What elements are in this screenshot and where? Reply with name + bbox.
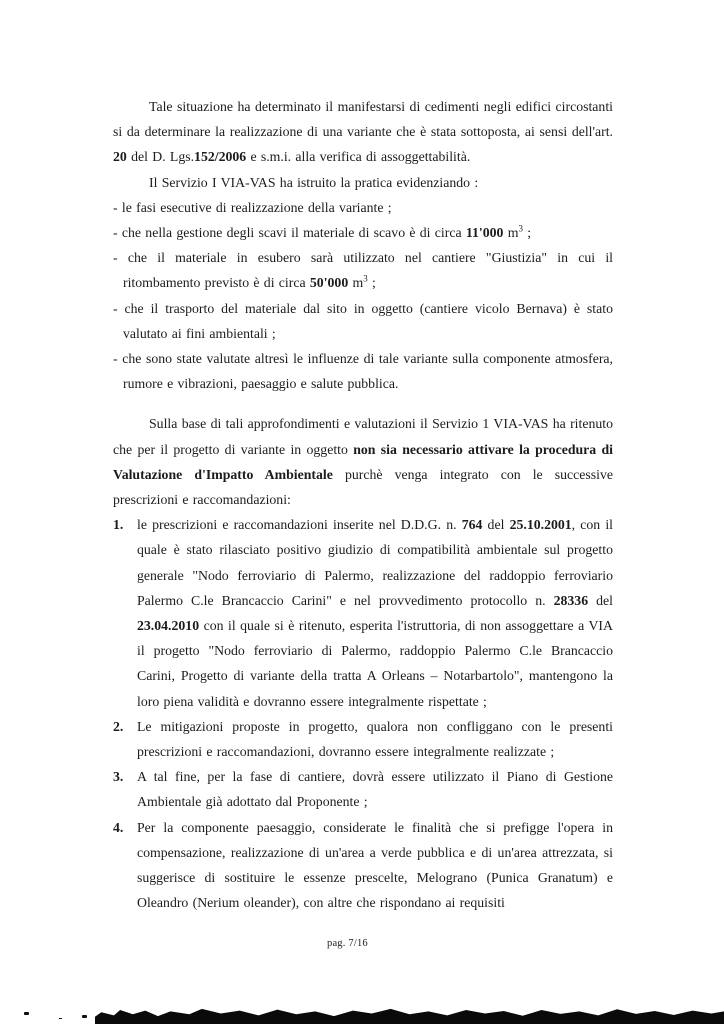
list-item-number: 2.Le mitigazioni proposte in progetto, q… [113, 714, 613, 764]
paragraph: Tale situazione ha determinato il manife… [113, 94, 613, 170]
text-run: che sono state valutate altresì le influ… [122, 351, 613, 391]
list-number: 2. [113, 714, 137, 739]
list-item-dash: - che nella gestione degli scavi il mate… [113, 220, 613, 245]
bold-text-run: 764 [462, 517, 483, 532]
paragraph: Il Servizio I VIA-VAS ha istruito la pra… [113, 170, 613, 195]
list-item-dash: - che il materiale in esubero sarà utili… [113, 245, 613, 295]
text-run: del D. Lgs. [127, 149, 194, 164]
bold-text-run: 25.10.2001 [510, 517, 572, 532]
text-run: A tal fine, per la fase di cantiere, dov… [137, 769, 613, 809]
text-run: Le mitigazioni proposte in progetto, qua… [137, 719, 613, 759]
bold-text-run: 28336 [554, 593, 589, 608]
list-dash-marker: - [113, 250, 128, 265]
text-run: Tale situazione ha determinato il manife… [113, 99, 613, 139]
bold-text-run: 20 [113, 149, 127, 164]
bold-text-run: 11'000 [466, 225, 504, 240]
page-number: pag. 7/16 [327, 938, 368, 949]
bold-text-run: 23.04.2010 [137, 618, 199, 633]
bold-text-run: 152/2006 [194, 149, 246, 164]
list-item-dash: - le fasi esecutive di realizzazione del… [113, 195, 613, 220]
list-item-dash: - che il trasporto del materiale dal sit… [113, 296, 613, 346]
scan-noise-specks [24, 1012, 29, 1015]
list-dash-marker: - [113, 301, 125, 316]
text-run: del [482, 517, 509, 532]
paragraph: Sulla base di tali approfondimenti e val… [113, 411, 613, 512]
text-run: e s.m.i. alla verifica di assoggettabili… [246, 149, 470, 164]
list-item-number: 3.A tal fine, per la fase di cantiere, d… [113, 764, 613, 814]
list-number: 4. [113, 815, 137, 840]
list-item-dash: - che sono state valutate altresì le inf… [113, 346, 613, 396]
text-run: le prescrizioni e raccomandazioni inseri… [137, 517, 462, 532]
text-run: m [503, 225, 518, 240]
list-item-number: 4.Per la componente paesaggio, considera… [113, 815, 613, 916]
list-number: 3. [113, 764, 137, 789]
text-run: con il quale si è ritenuto, esperita l'i… [137, 618, 613, 709]
text-run: Per la componente paesaggio, considerate… [137, 820, 613, 911]
text-run: Il Servizio I VIA-VAS ha istruito la pra… [149, 175, 478, 190]
text-run: del [588, 593, 613, 608]
list-number: 1. [113, 512, 137, 537]
text-run: ; [523, 225, 531, 240]
text-run: m [348, 275, 363, 290]
bold-text-run: 50'000 [310, 275, 348, 290]
text-run: ; [368, 275, 376, 290]
list-dash-marker: - [113, 200, 122, 215]
text-run: che il trasporto del materiale dal sito … [123, 301, 613, 341]
text-run: le fasi esecutive di realizzazione della… [122, 200, 392, 215]
scanned-page: Tale situazione ha determinato il manife… [0, 0, 724, 1024]
text-run: che nella gestione degli scavi il materi… [122, 225, 466, 240]
list-dash-marker: - [113, 351, 122, 366]
paragraph-break [113, 396, 613, 411]
document-body: Tale situazione ha determinato il manife… [113, 94, 613, 916]
list-dash-marker: - [113, 225, 122, 240]
scan-artifact-band [95, 1006, 724, 1024]
list-item-number: 1.le prescrizioni e raccomandazioni inse… [113, 512, 613, 714]
